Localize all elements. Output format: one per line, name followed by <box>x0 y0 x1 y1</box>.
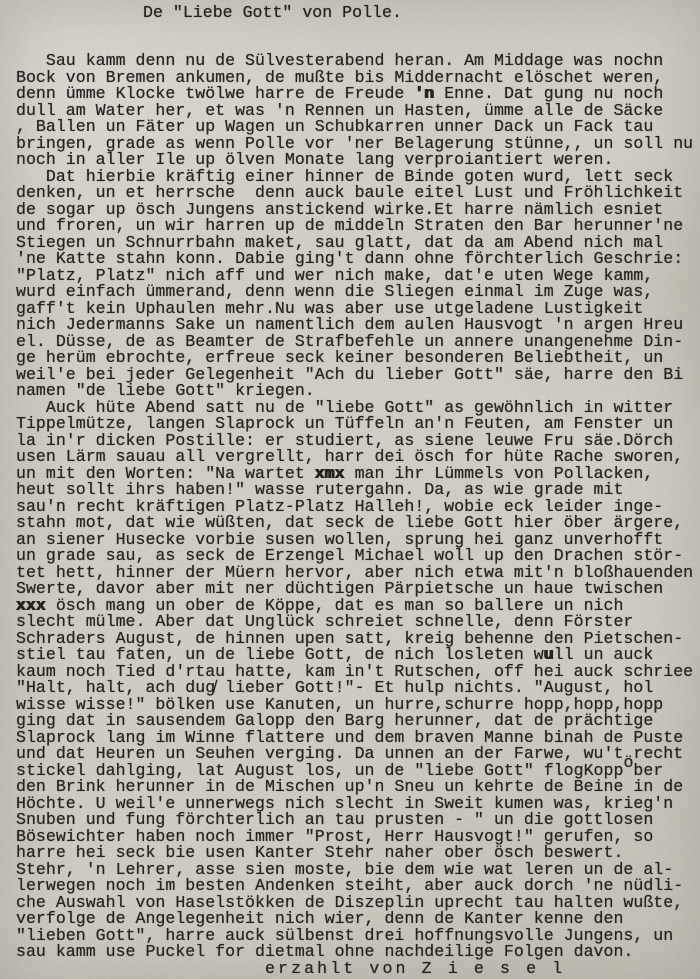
author-attribution: erzahlt von Z i e s e l <box>265 959 565 978</box>
text-line: erzahlt von Z i e s e l <box>16 961 693 978</box>
page-title: De "Liebe Gott" von Polle. <box>143 3 402 23</box>
scanned-page: { "page": { "title": "De \"Liebe Gott\" … <box>0 0 700 979</box>
body-text: Sau kamm denn nu de Sülvesterabend heran… <box>16 53 693 977</box>
inserted-char: ö <box>623 753 633 772</box>
